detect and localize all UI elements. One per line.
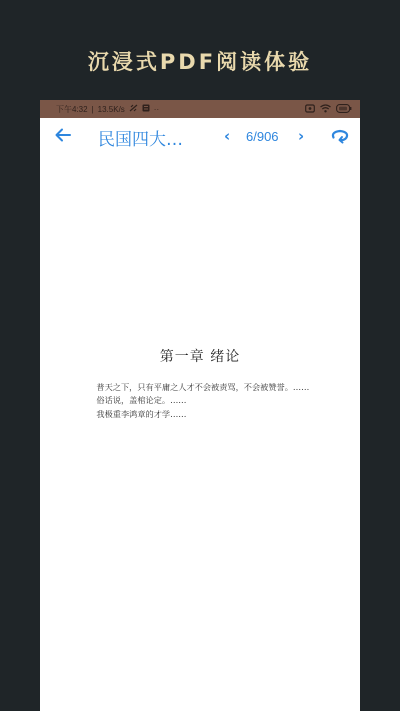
phone-screen: 下午4:32 | 13.5K/s ·· 民国四大	[40, 100, 360, 711]
status-bar: 下午4:32 | 13.5K/s ··	[40, 100, 360, 118]
rotate-button[interactable]	[330, 128, 350, 146]
status-net-speed: 13.5K/s	[98, 105, 125, 114]
document-title: 民国四大…	[98, 125, 183, 150]
chapter-heading: 第一章 绪论	[40, 346, 360, 366]
app-notification-icon	[142, 104, 150, 114]
status-time: 下午4:32	[56, 104, 88, 115]
arrow-left-icon	[55, 128, 71, 142]
paragraph: 普天之下，只有平庸之人才不会被责骂，不会被赞誉。……	[80, 381, 330, 394]
reader-toolbar: 民国四大… ‹ 6/906 ›	[40, 118, 360, 156]
page-indicator[interactable]: 6/906	[246, 129, 279, 144]
battery-icon	[336, 104, 352, 115]
paragraph: 俗话说，盖棺论定。……	[80, 394, 330, 407]
notification-icon	[129, 104, 138, 114]
screenshot-icon	[305, 104, 315, 115]
paragraph: 我极重李鸿章的才学……	[80, 408, 330, 421]
page-body-text: 普天之下，只有平庸之人才不会被责骂，不会被赞誉。…… 俗话说，盖棺论定。…… 我…	[80, 381, 330, 421]
promo-title: 沉浸式PDF阅读体验	[0, 46, 400, 76]
wifi-icon	[320, 104, 331, 115]
prev-page-button[interactable]: ‹	[224, 127, 230, 145]
next-page-button[interactable]: ›	[298, 127, 304, 145]
pdf-page[interactable]: 第一章 绪论 普天之下，只有平庸之人才不会被责骂，不会被赞誉。…… 俗话说，盖棺…	[40, 156, 360, 711]
status-separator: |	[92, 105, 94, 114]
back-button[interactable]	[52, 126, 74, 148]
status-left: 下午4:32 | 13.5K/s ··	[56, 104, 159, 115]
rotate-icon	[330, 128, 350, 144]
status-more: ··	[154, 105, 159, 114]
status-right	[305, 104, 352, 115]
